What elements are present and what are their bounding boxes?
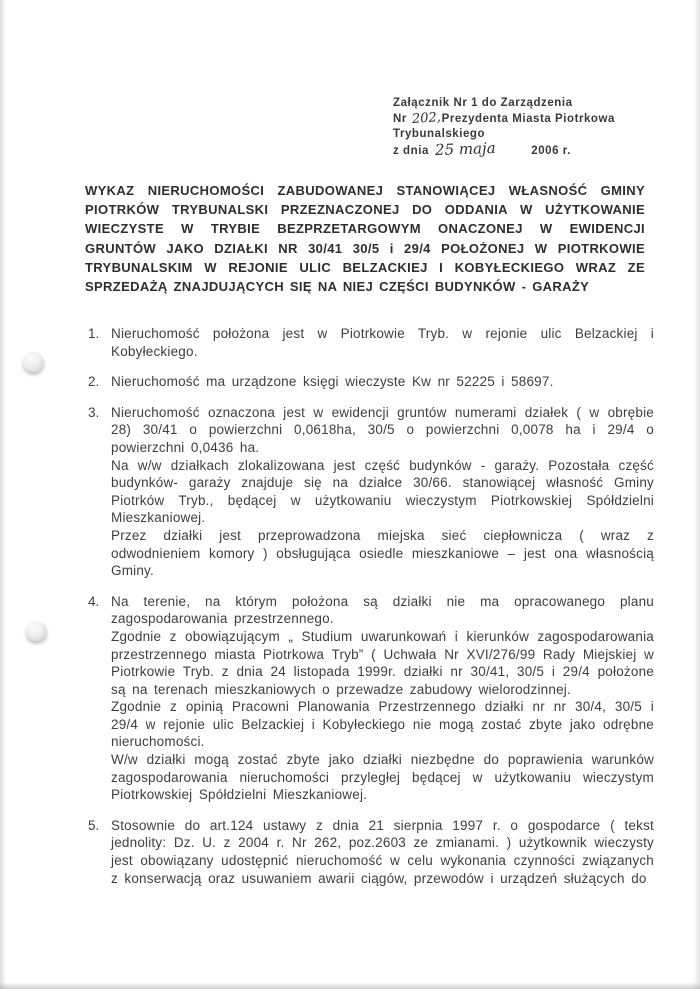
- list-item-1: 1. Nieruchomość położona jest w Piotrkow…: [88, 325, 654, 360]
- annotation-block: Załącznik Nr 1 do Zarządzenia Nr 202,Pre…: [393, 96, 661, 159]
- annotation-nr-label: Nr: [393, 113, 407, 125]
- item-3-paragraph-3: Przez działki jest przeprowadzona miejsk…: [111, 527, 654, 580]
- handwritten-ordinance-number: 202,: [411, 110, 441, 127]
- item-5-paragraph-1: Stosownie do art.124 ustawy z dnia 21 si…: [111, 817, 654, 887]
- list-item-3: 3. Nieruchomość oznaczona jest w ewidenc…: [88, 404, 654, 580]
- scanned-document-page: Załącznik Nr 1 do Zarządzenia Nr 202,Pre…: [0, 0, 700, 989]
- numbered-list: 1. Nieruchomość położona jest w Piotrkow…: [88, 325, 654, 900]
- item-4-paragraph-1: Na terenie, na którym położona są działk…: [111, 593, 654, 628]
- item-1-number: 1.: [88, 325, 99, 343]
- annotation-line-4: z dnia 25 maja2006 r.: [393, 142, 661, 159]
- document-title: WYKAZ NIERUCHOMOŚCI ZABUDOWANEJ STANOWIĄ…: [85, 181, 645, 296]
- item-4-paragraph-4: W/w działki mogą zostać zbyte jako dział…: [111, 751, 654, 804]
- handwritten-date: 25 maja: [434, 141, 495, 158]
- list-item-2: 2. Nieruchomość ma urządzone księgi wiec…: [88, 373, 654, 391]
- scan-edge-left: [0, 0, 6, 989]
- binder-hole-bottom: [26, 621, 47, 641]
- item-2-paragraph-1: Nieruchomość ma urządzone księgi wieczys…: [111, 373, 654, 391]
- item-3-paragraph-2: Na w/w działkach zlokalizowana jest częś…: [111, 457, 654, 527]
- item-4-paragraph-2: Zgodnie z obowiązującym „ Studium uwarun…: [111, 628, 654, 698]
- annotation-date-label: z dnia: [393, 145, 429, 157]
- binder-hole-top: [23, 352, 44, 372]
- annotation-year: 2006 r.: [531, 145, 571, 157]
- item-2-number: 2.: [88, 373, 99, 391]
- scan-edge-bottom: [0, 982, 700, 989]
- item-4-number: 4.: [88, 593, 99, 611]
- annotation-line-2: Nr 202,Prezydenta Miasta Piotrkowa: [393, 111, 661, 127]
- item-1-paragraph-1: Nieruchomość położona jest w Piotrkowie …: [111, 325, 654, 360]
- annotation-line-1: Załącznik Nr 1 do Zarządzenia: [393, 96, 661, 111]
- annotation-line-3: Trybunalskiego: [393, 127, 661, 142]
- annotation-line-2-text: Prezydenta Miasta Piotrkowa: [442, 113, 615, 125]
- list-item-5: 5. Stosownie do art.124 ustawy z dnia 21…: [88, 817, 654, 887]
- scan-edge-right: [693, 0, 700, 989]
- item-3-number: 3.: [88, 404, 99, 422]
- item-4-paragraph-3: Zgodnie z opinią Pracowni Planowania Prz…: [111, 698, 654, 751]
- item-3-paragraph-1: Nieruchomość oznaczona jest w ewidencji …: [111, 404, 654, 457]
- list-item-4: 4. Na terenie, na którym położona są dzi…: [88, 593, 654, 804]
- item-5-number: 5.: [88, 817, 99, 835]
